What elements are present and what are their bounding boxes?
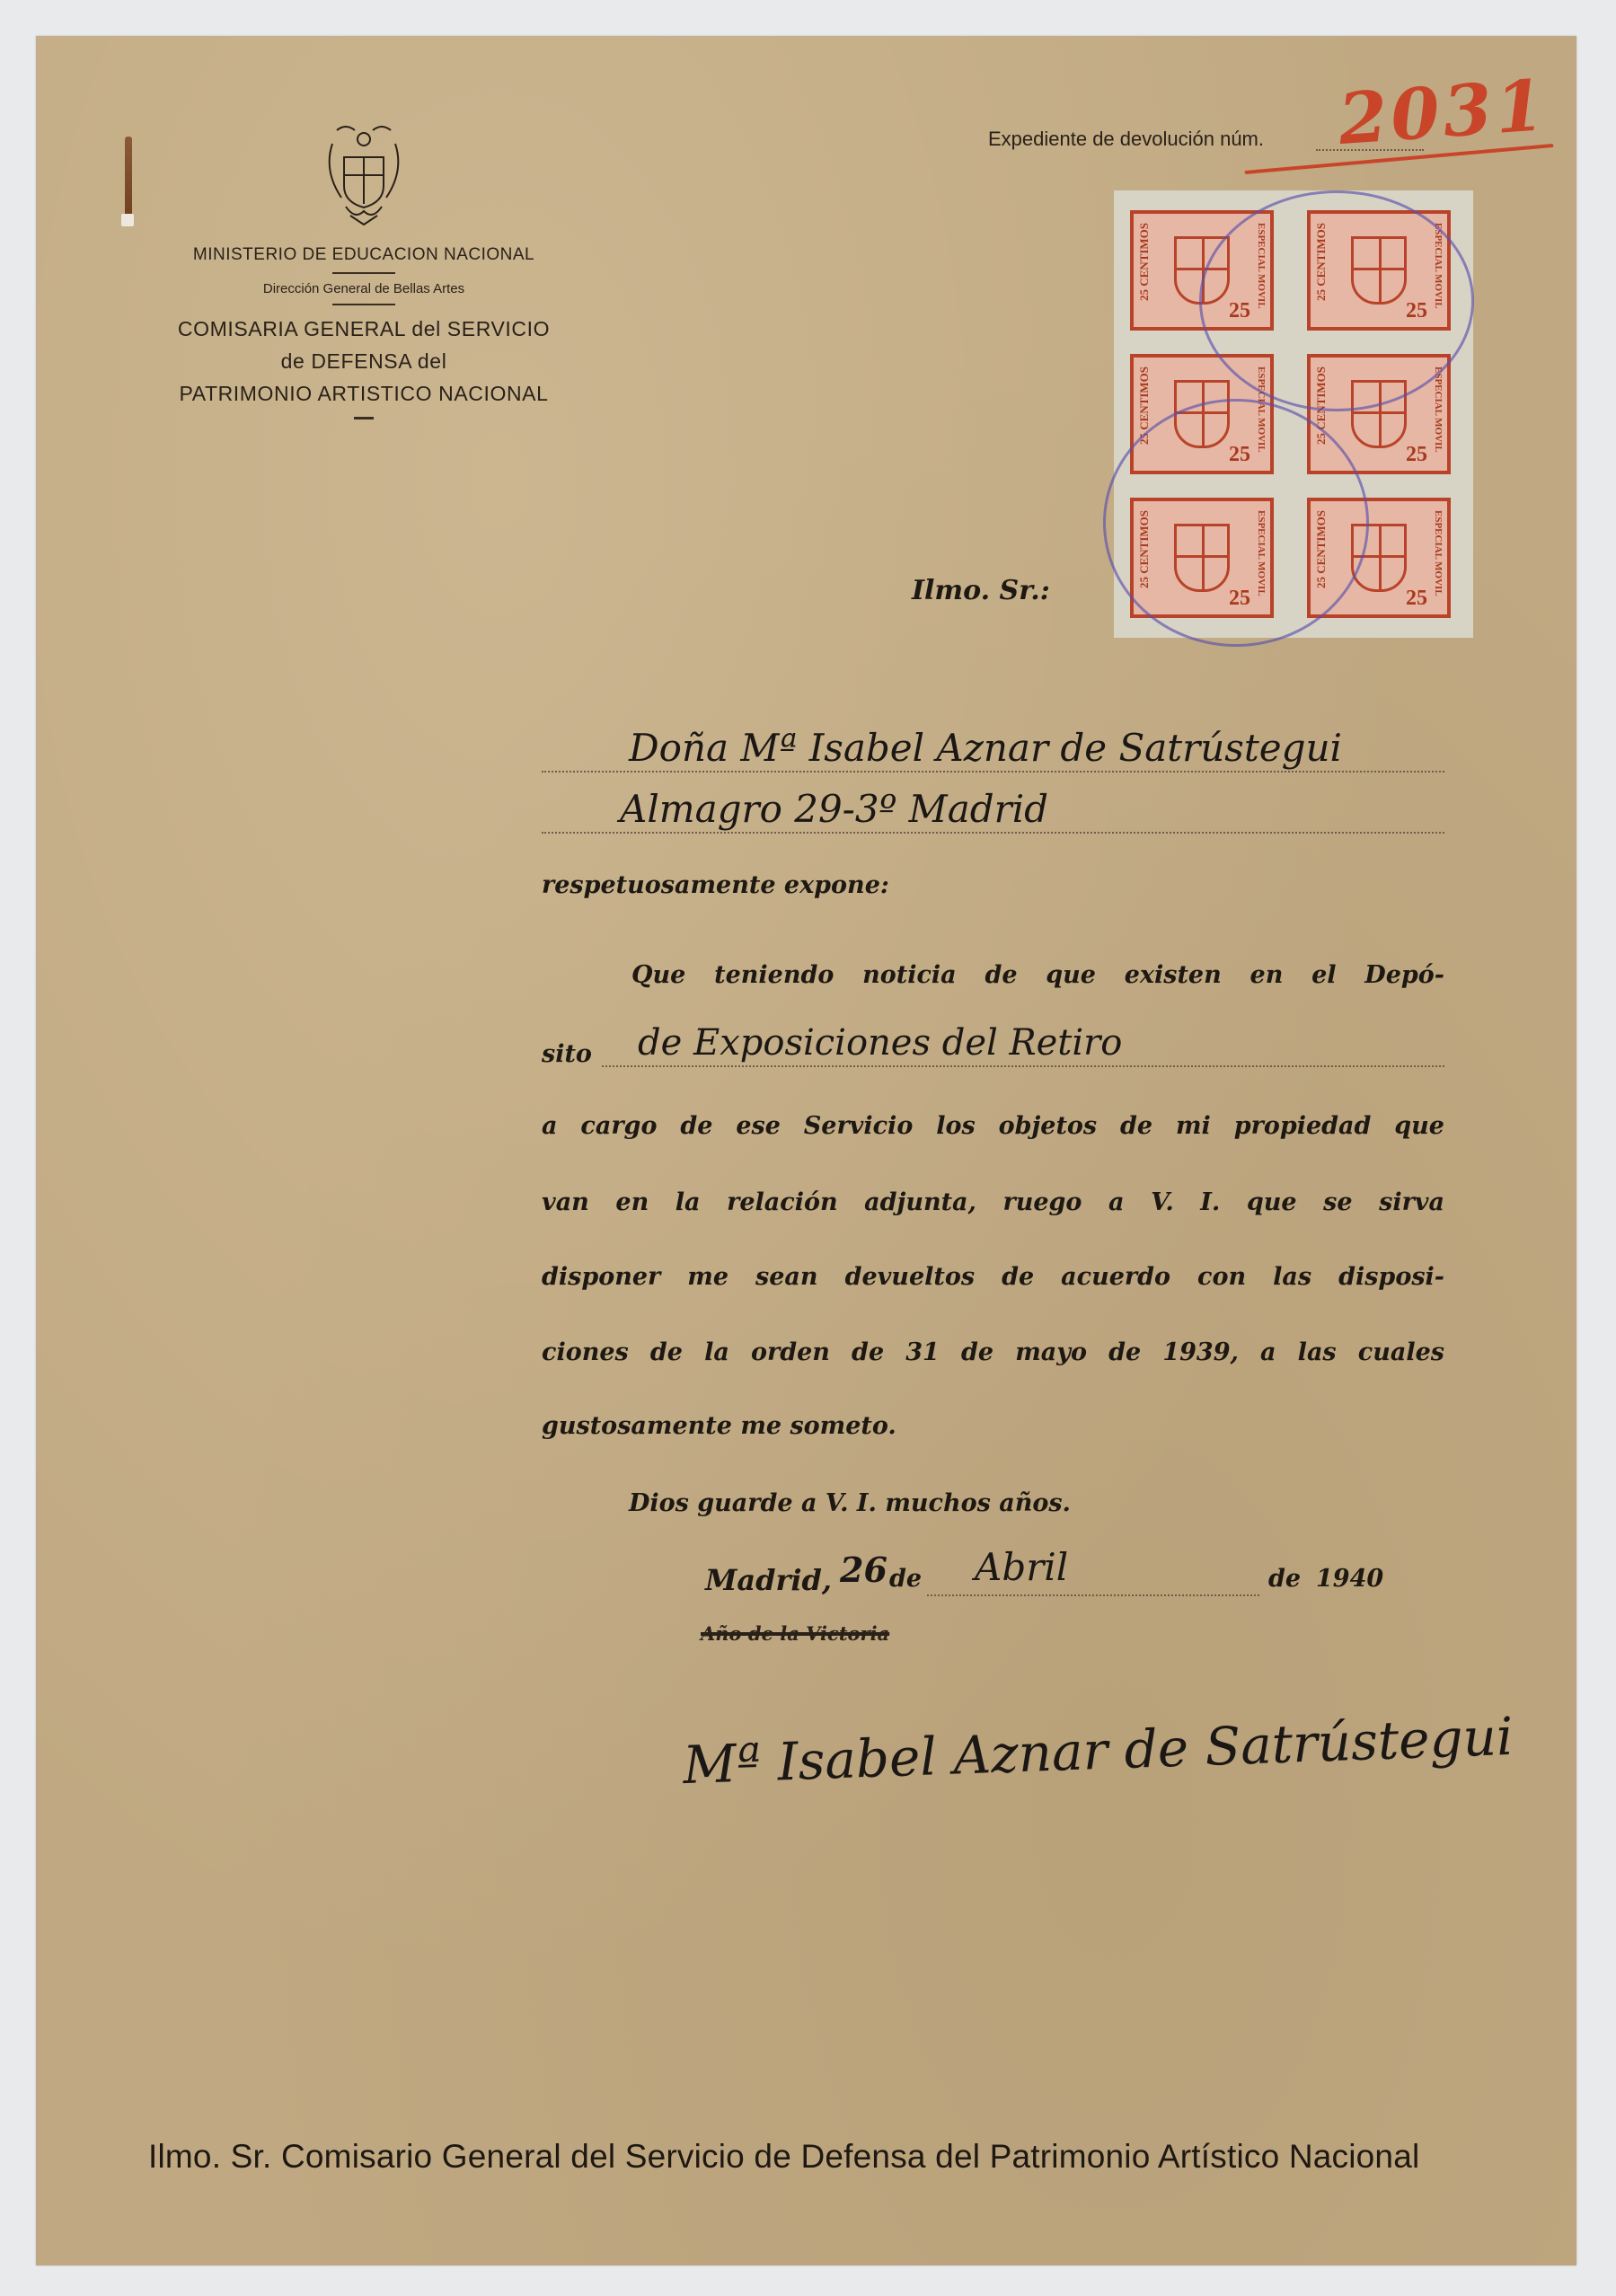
body-line-2-prefix: sito bbox=[542, 1040, 614, 1068]
applicant-address: Almagro 29-3º Madrid bbox=[620, 787, 1048, 831]
applicant-name: Doña Mª Isabel Aznar de Satrústegui bbox=[629, 726, 1342, 770]
postmark-circle bbox=[1199, 190, 1474, 411]
date-year: 1940 bbox=[1316, 1565, 1383, 1593]
body-line-6: ciones de la orden de 31 de mayo de 1939… bbox=[542, 1338, 1444, 1366]
divider bbox=[332, 272, 395, 274]
date-month: Abril bbox=[975, 1545, 1068, 1589]
coat-of-arms-eagle-icon bbox=[319, 121, 409, 229]
date-place: Madrid, bbox=[705, 1563, 832, 1597]
divider bbox=[332, 304, 395, 305]
comisaria-line-1: COMISARIA GENERAL del SERVICIO bbox=[153, 313, 575, 345]
date-de-2: de bbox=[1268, 1565, 1301, 1593]
date-de-1: de bbox=[889, 1565, 922, 1593]
expediente-label: Expediente de devolución núm. bbox=[988, 128, 1264, 151]
body-line-7: gustosamente me someto. bbox=[542, 1412, 1444, 1440]
date-dotted-line bbox=[927, 1594, 1259, 1596]
expone-line: respetuosamente expone: bbox=[542, 871, 1444, 899]
date-day: 26 bbox=[840, 1550, 887, 1590]
struck-ano-de-la-victoria: Año de la Victoria bbox=[701, 1622, 889, 1645]
comisaria-line-3: PATRIMONIO ARTISTICO NACIONAL bbox=[153, 377, 575, 410]
rusty-staple-mark bbox=[125, 137, 132, 222]
name-dotted-line bbox=[542, 771, 1444, 773]
body-line-1: Que teniendo noticia de que existen en e… bbox=[631, 961, 1444, 989]
ministry-name: MINISTERIO DE EDUCACION NACIONAL bbox=[153, 245, 575, 265]
document-page: MINISTERIO DE EDUCACION NACIONAL Direcci… bbox=[36, 36, 1576, 2265]
divider bbox=[354, 417, 374, 419]
direccion-general: Dirección General de Bellas Artes bbox=[153, 281, 575, 296]
revenue-stamps-block: 25 CENTIMOS ESPECIAL MOVIL 25 25 CENTIMO… bbox=[1114, 190, 1473, 638]
addressee-footer: Ilmo. Sr. Comisario General del Servicio… bbox=[148, 2138, 1419, 2176]
salutation: Ilmo. Sr.: bbox=[912, 575, 1050, 606]
body-line-5: disponer me sean devueltos de acuerdo co… bbox=[542, 1263, 1444, 1291]
body-line-3: a cargo de ese Servicio los objetos de m… bbox=[542, 1112, 1444, 1140]
deposito-dotted-line bbox=[602, 1065, 1444, 1067]
address-dotted-line bbox=[542, 832, 1444, 834]
letterhead: MINISTERIO DE EDUCACION NACIONAL Direcci… bbox=[153, 121, 575, 427]
deposito-name: de Exposiciones del Retiro bbox=[638, 1022, 1122, 1064]
closing-line: Dios guarde a V. I. muchos años. bbox=[629, 1489, 1532, 1517]
signature: Mª Isabel Aznar de Satrústegui bbox=[682, 1706, 1514, 1796]
body-line-4: van en la relación adjunta, ruego a V. I… bbox=[542, 1188, 1444, 1216]
postmark-circle bbox=[1103, 399, 1369, 647]
comisaria-line-2: de DEFENSA del bbox=[153, 345, 575, 377]
staple-hole bbox=[121, 214, 134, 226]
